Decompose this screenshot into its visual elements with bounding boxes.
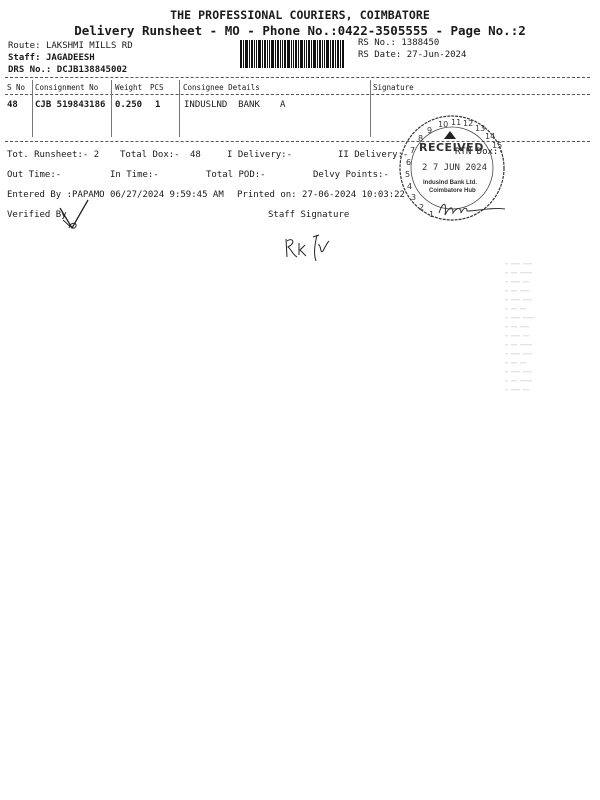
column-divider bbox=[32, 80, 33, 137]
drs-line: DRS No.: DCJB138845002 bbox=[8, 65, 127, 75]
cell-sno: 48 bbox=[7, 100, 18, 110]
printed-on: Printed on: 27-06-2024 10:03:22 bbox=[237, 190, 405, 200]
total-dox-value: 48 bbox=[190, 150, 201, 160]
cell-pcs: 1 bbox=[155, 100, 160, 110]
barcode-icon bbox=[240, 40, 348, 68]
route-label: Route: bbox=[8, 41, 41, 51]
svg-text:9: 9 bbox=[427, 126, 432, 135]
rs-no-line: RS No.: 1388450 bbox=[358, 38, 439, 48]
svg-text:5: 5 bbox=[405, 170, 410, 179]
svg-text:6: 6 bbox=[406, 158, 411, 167]
column-divider bbox=[111, 80, 112, 137]
route-value: LAKSHMI MILLS RD bbox=[46, 41, 133, 51]
col-header-signature: Signature bbox=[373, 83, 414, 92]
svg-text:2: 2 bbox=[419, 203, 424, 212]
entered-by: Entered By :PAPAMO 06/27/2024 9:59:45 AM bbox=[7, 190, 224, 200]
svg-text:7: 7 bbox=[410, 146, 415, 155]
received-stamp: 9 10 11 12 13 14 15 8 7 6 5 4 3 2 1 RECE… bbox=[397, 113, 507, 223]
svg-text:15: 15 bbox=[492, 141, 502, 150]
staff-label: Staff: bbox=[8, 53, 41, 63]
staff-line: Staff: JAGADEESH bbox=[8, 53, 95, 63]
svg-text:12: 12 bbox=[463, 119, 473, 128]
svg-text:14: 14 bbox=[485, 132, 495, 141]
stamp-org-line2: Coimbatore Hub bbox=[429, 188, 476, 194]
stamp-date: 2 7 JUN 2024 bbox=[422, 163, 487, 173]
drs-label: DRS No.: bbox=[8, 65, 51, 75]
col-header-sno: S No bbox=[7, 83, 25, 92]
rs-date-label: RS Date: bbox=[358, 50, 401, 60]
runsheet-subtitle: Delivery Runsheet - MO - Phone No.:0422-… bbox=[0, 23, 600, 38]
rs-no-value: 1388450 bbox=[401, 38, 439, 48]
out-time: Out Time:- bbox=[7, 170, 61, 180]
in-time: In Time:- bbox=[110, 170, 159, 180]
bleed-through-text: ▬ ▬▬▬ ▬▬▬▬ ▬▬ ▬▬▬▬▬ ▬▬▬ ▬▬▬ ▬▬ ▬▬▬▬ ▬▬▬ … bbox=[505, 260, 535, 395]
stamp-label: RECEIVED bbox=[419, 141, 484, 154]
staff-value: JAGADEESH bbox=[46, 53, 95, 63]
i-delivery: I Delivery:- bbox=[227, 150, 292, 160]
svg-text:4: 4 bbox=[407, 182, 412, 191]
col-header-pcs: PCS bbox=[150, 83, 164, 92]
stamp-signature-icon bbox=[437, 197, 507, 219]
col-header-consignee: Consignee Details bbox=[183, 83, 260, 92]
svg-text:13: 13 bbox=[475, 124, 485, 133]
svg-text:1: 1 bbox=[429, 210, 434, 219]
divider bbox=[5, 94, 590, 95]
rs-date-value: 27-Jun-2024 bbox=[407, 50, 467, 60]
divider bbox=[5, 77, 590, 78]
cell-weight: 0.250 bbox=[115, 100, 142, 110]
column-divider bbox=[370, 80, 371, 137]
drs-value: DCJB138845002 bbox=[57, 65, 127, 75]
staff-signature-label: Staff Signature bbox=[268, 210, 349, 220]
svg-text:10: 10 bbox=[438, 120, 448, 129]
cell-consignee: INDUSLND BANK bbox=[184, 100, 260, 110]
column-divider bbox=[179, 80, 180, 137]
svg-text:11: 11 bbox=[451, 118, 461, 127]
tot-runsheet: Tot. Runsheet:- 2 bbox=[7, 150, 99, 160]
stamp-org-line1: IndusInd Bank Ltd. bbox=[423, 180, 477, 186]
total-pod: Total POD:- bbox=[206, 170, 266, 180]
cell-consignee-extra: A bbox=[280, 100, 285, 110]
staff-handwritten-signature-icon bbox=[283, 233, 343, 263]
company-title: THE PROFESSIONAL COURIERS, COIMBATORE bbox=[0, 8, 600, 22]
col-header-consignment: Consignment No bbox=[35, 83, 98, 92]
cell-consignment: CJB 519843186 bbox=[35, 100, 105, 110]
route-line: Route: LAKSHMI MILLS RD bbox=[8, 41, 133, 51]
col-header-weight: Weight bbox=[115, 83, 142, 92]
total-dox-label: Total Dox:- bbox=[120, 150, 180, 160]
verified-signature-icon bbox=[58, 198, 93, 234]
svg-text:3: 3 bbox=[411, 193, 416, 202]
rs-date-line: RS Date: 27-Jun-2024 bbox=[358, 50, 466, 60]
rs-no-label: RS No.: bbox=[358, 38, 396, 48]
delvy-points: Delvy Points:- bbox=[313, 170, 389, 180]
